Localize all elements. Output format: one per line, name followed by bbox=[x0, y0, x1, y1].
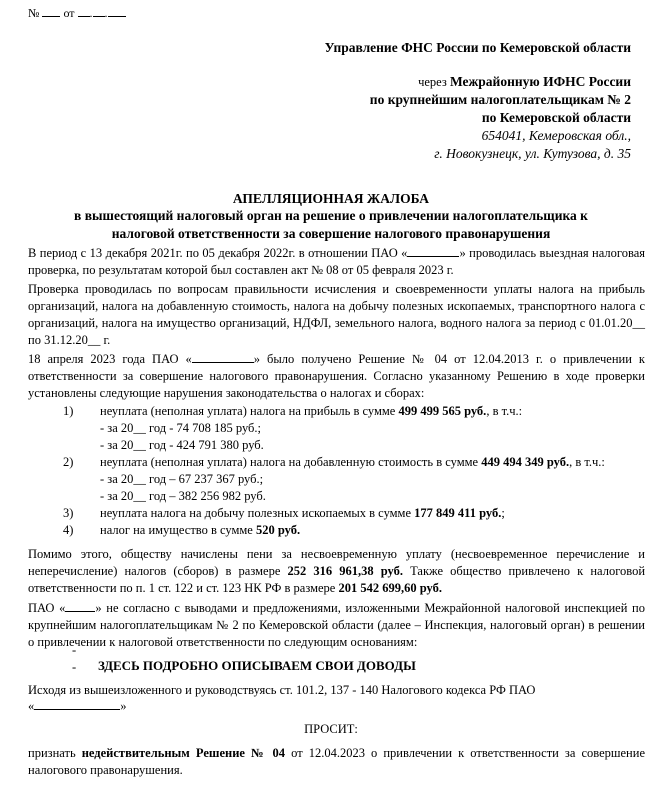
quote-close: » bbox=[120, 699, 126, 713]
document-subtitle-line2: налоговой ответственности за совершение … bbox=[0, 225, 662, 243]
addressee-via: через Межрайонную ИФНС России по крупней… bbox=[370, 73, 631, 163]
violation-text: неуплата (неполная уплата) налога на при… bbox=[100, 403, 522, 420]
via-inspection-line2: по крупнейшим налогоплательщикам № 2 bbox=[370, 91, 631, 109]
violation-description: налог на имущество в сумме bbox=[100, 523, 256, 537]
paragraph-penalties: Помимо этого, обществу начислены пени за… bbox=[28, 546, 645, 597]
paragraph-audit-scope: Проверка проводилась по вопросам правиль… bbox=[28, 281, 645, 349]
document-number-line: № от .. bbox=[28, 6, 126, 21]
arguments-placeholder[interactable]: ЗДЕСЬ ПОДРОБНО ОПИСЫВАЕМ СВОИ ДОВОДЫ bbox=[98, 658, 416, 674]
document-title: АПЕЛЛЯЦИОННАЯ ЖАЛОБА bbox=[0, 190, 662, 208]
paragraph-disagreement: ПАО «» не согласно с выводами и предложе… bbox=[28, 600, 645, 651]
paragraph-text: » не согласно с выводами и предложениями… bbox=[28, 601, 645, 649]
violation-text: неуплата налога на добычу полезных ископ… bbox=[100, 505, 505, 522]
paragraph-text: В период с 13 декабря 2021г. по 05 декаб… bbox=[28, 246, 407, 260]
number-blank[interactable] bbox=[42, 6, 60, 17]
violation-text: - за 20__ год - 74 708 185 руб.; bbox=[100, 420, 261, 437]
violation-text: - за 20__ год – 382 256 982 руб. bbox=[100, 488, 266, 505]
date-year-blank[interactable] bbox=[108, 6, 126, 17]
violation-text: налог на имущество в сумме 520 руб. bbox=[100, 522, 300, 539]
violation-amount: 520 руб. bbox=[256, 523, 300, 537]
company-name-blank[interactable] bbox=[192, 352, 254, 363]
company-name-blank[interactable] bbox=[65, 601, 95, 612]
via-prefix: через bbox=[418, 75, 450, 89]
paragraph-text: признать bbox=[28, 746, 82, 760]
document-subtitle-line1: в вышестоящий налоговый орган на решение… bbox=[0, 207, 662, 225]
paragraph-request: признать недействительным Решение № 04 о… bbox=[28, 745, 645, 779]
address-line2: г. Новокузнецк, ул. Кутузова, д. 35 bbox=[370, 145, 631, 163]
paragraph-decision-received: 18 апреля 2023 года ПАО «» было получено… bbox=[28, 351, 645, 402]
violation-suffix: ; bbox=[501, 506, 504, 520]
violation-row: - за 20__ год - 424 791 380 руб. bbox=[0, 437, 662, 454]
violation-description: - за 20__ год - 74 708 185 руб.; bbox=[100, 421, 261, 435]
violation-description: - за 20__ год - 424 791 380 руб. bbox=[100, 438, 264, 452]
date-label: от bbox=[63, 6, 74, 20]
violation-row: - за 20__ год – 382 256 982 руб. bbox=[0, 488, 662, 505]
address-line1: 654041, Кемеровская обл., bbox=[370, 127, 631, 145]
date-day-blank[interactable] bbox=[78, 6, 90, 17]
paragraph-text: 18 апреля 2023 года ПАО « bbox=[28, 352, 192, 366]
via-inspection-line3: по Кемеровской области bbox=[370, 109, 631, 127]
violation-amount: 449 494 349 руб. bbox=[481, 455, 569, 469]
addressee-authority: Управление ФНС России по Кемеровской обл… bbox=[325, 40, 631, 55]
violation-suffix: , в т.ч.: bbox=[486, 404, 522, 418]
violation-description: неуплата налога на добычу полезных ископ… bbox=[100, 506, 414, 520]
company-name-blank[interactable] bbox=[34, 699, 120, 710]
paragraph-text: ПАО « bbox=[28, 601, 65, 615]
violation-row: 2)неуплата (неполная уплата) налога на д… bbox=[0, 454, 662, 471]
number-label: № bbox=[28, 6, 39, 20]
violation-number: 3) bbox=[63, 505, 73, 522]
violation-number: 4) bbox=[63, 522, 73, 539]
violation-text: - за 20__ год - 424 791 380 руб. bbox=[100, 437, 264, 454]
violation-suffix: , в т.ч.: bbox=[569, 455, 605, 469]
paragraph-audit-period: В период с 13 декабря 2021г. по 05 декаб… bbox=[28, 245, 645, 279]
violation-amount: 177 849 411 руб. bbox=[414, 506, 501, 520]
via-inspection: Межрайонную ИФНС России bbox=[450, 74, 631, 89]
violation-row: 1)неуплата (неполная уплата) налога на п… bbox=[0, 403, 662, 420]
violation-row: - за 20__ год – 67 237 367 руб.; bbox=[0, 471, 662, 488]
violation-amount: 499 499 565 руб. bbox=[398, 404, 486, 418]
violation-description: - за 20__ год – 67 237 367 руб.; bbox=[100, 472, 263, 486]
list-dash: - bbox=[72, 643, 76, 658]
paragraph-conclusion: Исходя из вышеизложенного и руководствуя… bbox=[28, 682, 645, 699]
list-dash: - bbox=[72, 660, 76, 675]
addressee-main: Управление ФНС России по Кемеровской обл… bbox=[325, 39, 631, 57]
violation-number: 1) bbox=[63, 403, 73, 420]
company-name-line: «» bbox=[28, 698, 645, 715]
violation-row: 4)налог на имущество в сумме 520 руб. bbox=[0, 522, 662, 539]
penalty-amount: 252 316 961,38 руб. bbox=[288, 564, 403, 578]
fine-amount: 201 542 699,60 руб. bbox=[338, 581, 442, 595]
violation-row: - за 20__ год - 74 708 185 руб.; bbox=[0, 420, 662, 437]
violation-text: - за 20__ год – 67 237 367 руб.; bbox=[100, 471, 263, 488]
violation-description: неуплата (неполная уплата) налога на при… bbox=[100, 404, 398, 418]
violation-row: 3)неуплата налога на добычу полезных иск… bbox=[0, 505, 662, 522]
request-title: ПРОСИТ: bbox=[0, 722, 662, 737]
violation-text: неуплата (неполная уплата) налога на доб… bbox=[100, 454, 605, 471]
violation-description: - за 20__ год – 382 256 982 руб. bbox=[100, 489, 266, 503]
date-month-blank[interactable] bbox=[93, 6, 105, 17]
company-name-blank[interactable] bbox=[407, 246, 459, 257]
violation-number: 2) bbox=[63, 454, 73, 471]
violation-description: неуплата (неполная уплата) налога на доб… bbox=[100, 455, 481, 469]
request-decision: недействительным Решение № 04 bbox=[82, 746, 285, 760]
